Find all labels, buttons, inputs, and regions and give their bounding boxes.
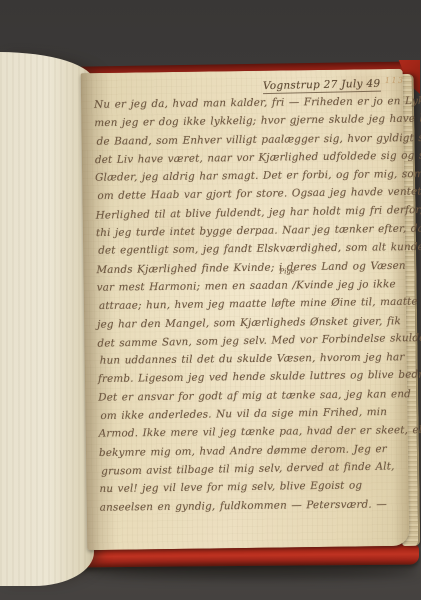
- manuscript-line: hun uddannes til det du skulde Væsen, hv…: [98, 348, 400, 370]
- photo-background: 113 Vognstrup 27 July 49 Nu er jeg da, h…: [0, 0, 421, 600]
- page-number: 113: [385, 76, 405, 85]
- manuscript-line: Glæder, jeg aldrig har smagt. Det er for…: [95, 165, 397, 187]
- manuscript-text: Nu er jeg da, hvad man kalder, fri — Fri…: [94, 92, 402, 517]
- manuscript-line: var mest Harmoni; men en saadan /Kvinde …: [97, 275, 399, 297]
- book-shadow: [88, 566, 418, 578]
- manuscript-line: de Baand, som Enhver villigt paalægger s…: [95, 129, 397, 151]
- facing-page-edge: [0, 52, 94, 586]
- facing-page-texture: [0, 52, 94, 586]
- manuscript-line: Nu er jeg da, hvad man kalder, fri — Fri…: [94, 92, 396, 114]
- manuscript-line: Det er ansvar for godt af mig at tænke s…: [98, 385, 400, 407]
- manuscript-line: anseelsen en gyndig, fuldkommen — Peters…: [100, 495, 402, 517]
- manuscript-page: 113 Vognstrup 27 July 49 Nu er jeg da, h…: [81, 69, 410, 550]
- manuscript-line: Armod. Ikke mere vil jeg tænke paa, hvad…: [99, 422, 401, 444]
- interlinear-insertion: Pige: [279, 267, 295, 275]
